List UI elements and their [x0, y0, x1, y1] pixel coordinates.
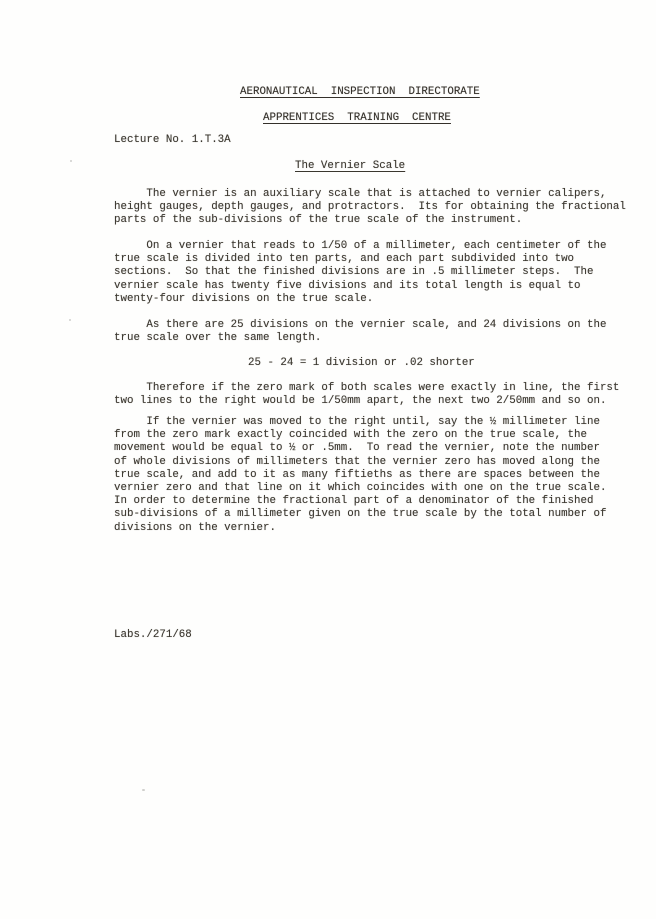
paragraph-divisions: As there are 25 divisions on the vernier… [114, 319, 656, 345]
paragraph-vernier-moved: If the vernier was moved to the right un… [114, 416, 656, 535]
document-title: The Vernier Scale [295, 160, 405, 173]
paragraph-vernier-reading: On a vernier that reads to 1/50 of a mil… [114, 240, 656, 306]
scan-speck [142, 789, 145, 791]
scan-speck [69, 319, 71, 321]
lecture-number: Lecture No. 1.T.3A [114, 134, 231, 147]
document-page: AERONAUTICAL INSPECTION DIRECTORATE APPR… [0, 0, 656, 919]
equation-line: 25 - 24 = 1 division or .02 shorter [248, 357, 475, 370]
organization-heading: AERONAUTICAL INSPECTION DIRECTORATE [240, 86, 480, 99]
scan-speck [70, 160, 72, 162]
paragraph-vernier-intro: The vernier is an auxiliary scale that i… [114, 188, 656, 228]
reference-number: Labs./271/68 [114, 629, 192, 642]
department-heading: APPRENTICES TRAINING CENTRE [263, 112, 451, 125]
paragraph-zero-mark: Therefore if the zero mark of both scale… [114, 382, 656, 408]
